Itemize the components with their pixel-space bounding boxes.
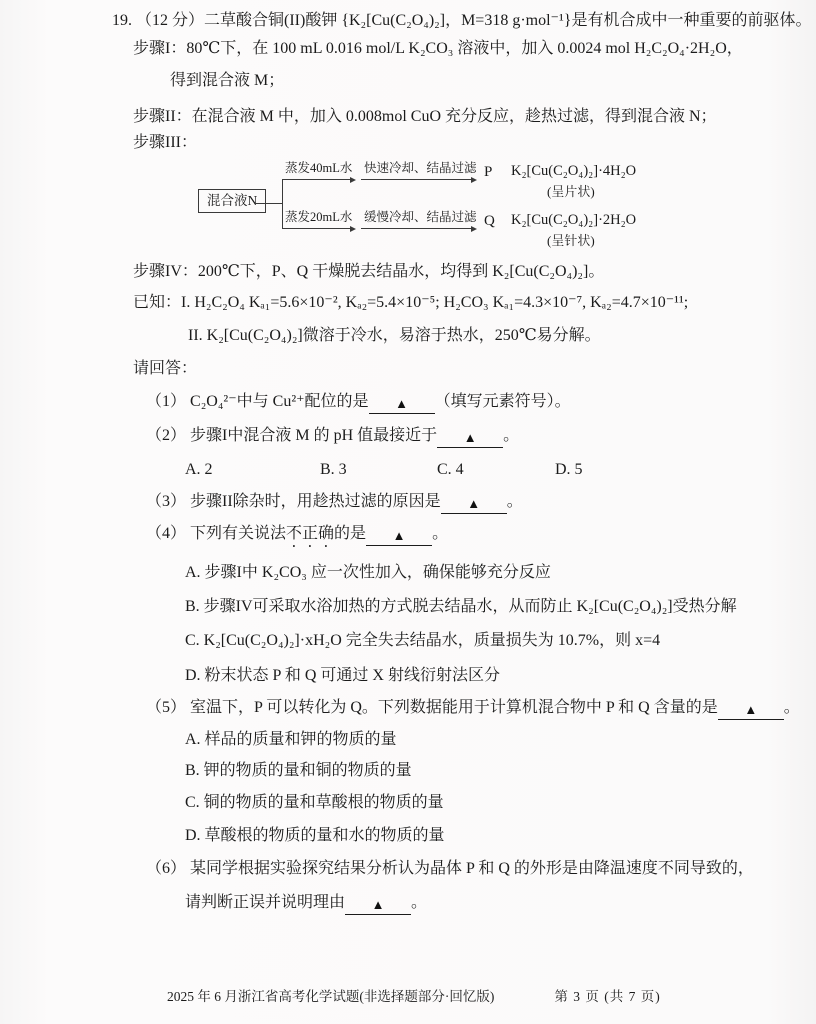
known-line-1: 已知：I. H₂C₂O₄ Kₐ₁=5.6×10⁻², Kₐ₂=5.4×10⁻⁵;… [133, 292, 816, 314]
subquestion-6: （6）某同学根据实验探究结果分析认为晶体 P 和 Q 的外形是由降温速度不同导致… [146, 858, 816, 880]
step3-line: 步骤III： [133, 132, 816, 154]
subquestion-2: （2）步骤I中混合液 M 的 pH 值最接近于▲。 [146, 425, 816, 448]
subq-text-post: 。 [432, 525, 448, 542]
option-text: A. 样品的质量和钾的物质的量 [185, 731, 397, 748]
option-item: C. 铜的物质的量和草酸根的物质的量 [185, 792, 816, 814]
subq-text-post: 。 [784, 699, 800, 716]
crystallize-arrow-label: 缓慢冷却、结晶过滤 [361, 209, 475, 229]
option-text: B. 步骤IV可采取水浴加热的方式脱去结晶水，从而防止 K₂[Cu(C₂O₄)₂… [185, 598, 737, 615]
option-item: D. 粉末状态 P 和 Q 可通过 X 射线衍射法区分 [185, 665, 816, 687]
subq-text: 步骤II除杂时，用趁热过滤的原因是 [190, 493, 441, 510]
subq-text-post: （填写元素符号）。 [435, 393, 571, 410]
option-text: C. 铜的物质的量和草酸根的物质的量 [185, 794, 444, 811]
step1-line: 步骤I：80℃下，在 100 mL 0.016 mol/L K₂CO₃ 溶液中，… [133, 38, 816, 60]
product-morphology: (呈片状) [547, 184, 595, 199]
option-text: D. 粉末状态 P 和 Q 可通过 X 射线衍射法区分 [185, 667, 500, 684]
step1-continuation: 得到混合液 M； [170, 70, 816, 92]
option-item: D. 5 [555, 461, 583, 478]
option-item: B. 3 [320, 459, 437, 481]
subq-number: （1） [146, 393, 186, 410]
answer-blank: ▲ [345, 896, 411, 915]
option-item: B. 钾的物质的量和铜的物质的量 [185, 760, 816, 782]
answer-prompt: 请回答： [133, 358, 816, 380]
flowchart-connector-line [255, 203, 282, 204]
option-item: A. 2 [185, 459, 320, 481]
subq-text: 某同学根据实验探究结果分析认为晶体 P 和 Q 的外形是由降温速度不同导致的， [190, 860, 754, 877]
page-footer: 2025 年 6 月浙江省高考化学试题(非选择题部分·回忆版) 第 3 页 (共… [167, 987, 816, 1007]
step1-text: 80℃下，在 100 mL 0.016 mol/L K₂CO₃ 溶液中，加入 0… [186, 40, 742, 57]
subq-text: 步骤I中混合液 M 的 pH 值最接近于 [190, 427, 437, 444]
flowchart-source-box: 混合液N [198, 189, 266, 213]
known-text-2: II. K₂[Cu(C₂O₄)₂]微溶于冷水，易溶于热水，250℃易分解。 [188, 327, 601, 344]
subq-text-post: 。 [507, 493, 523, 510]
question-heading: 19.（12 分）二草酸合铜(II)酸钾 {K₂[Cu(C₂O₄)₂]，M=31… [112, 10, 816, 32]
answer-blank: ▲ [437, 429, 503, 448]
subq-text: 请判断正误并说明理由 [185, 894, 345, 911]
answer-blank: ▲ [369, 395, 435, 414]
product-formula: K₂[Cu(C₂O₄)₂]·2H₂O [511, 212, 636, 228]
step2-line: 步骤II：在混合液 M 中，加入 0.008mol CuO 充分反应，趁热过滤，… [133, 106, 816, 128]
emphasized-text: 不正确 [286, 525, 334, 542]
subq-text-post: 。 [411, 894, 427, 911]
option-item: D. 草酸根的物质的量和水的物质的量 [185, 825, 816, 847]
footer-exam-title: 2025 年 6 月浙江省高考化学试题(非选择题部分·回忆版) [167, 987, 494, 1007]
step1-cont-text: 得到混合液 M； [170, 72, 284, 89]
known-text-1: 已知：I. H₂C₂O₄ Kₐ₁=5.6×10⁻², Kₐ₂=5.4×10⁻⁵;… [133, 294, 688, 311]
subq-text: C₂O₄²⁻中与 Cu²⁺配位的是 [190, 393, 369, 410]
option-item: A. 步骤I中 K₂CO₃ 应一次性加入，确保能够充分反应 [185, 562, 816, 584]
flowchart: 混合液N 蒸发40mL水 快速冷却、结晶过滤 P K₂[Cu(C₂O₄)₂]·4… [198, 156, 788, 252]
option-item: C. 4 [437, 459, 555, 481]
product-formula: K₂[Cu(C₂O₄)₂]·4H₂O [511, 163, 636, 179]
subq2-choices-row: A. 2B. 3C. 4D. 5 [185, 459, 816, 481]
subquestion-3: （3）步骤II除杂时，用趁热过滤的原因是▲。 [146, 491, 816, 514]
evaporate-arrow-label: 蒸发40mL水 [282, 160, 354, 180]
question-title: （12 分）二草酸合铜(II)酸钾 {K₂[Cu(C₂O₄)₂]，M=318 g… [136, 12, 811, 29]
subquestion-4: （4）下列有关说法不正确的是▲。 [146, 523, 816, 551]
step4-line: 步骤IV：200℃下，P、Q 干燥脱去结晶水，均得到 K₂[Cu(C₂O₄)₂]… [133, 261, 816, 283]
answer-prompt-text: 请回答： [133, 360, 197, 377]
evaporate-arrow-label: 蒸发20mL水 [282, 209, 354, 229]
crystallize-arrow-label: 快速冷却、结晶过滤 [361, 160, 475, 180]
option-text: A. 步骤I中 K₂CO₃ 应一次性加入，确保能够充分反应 [185, 564, 551, 581]
subq-text: 室温下，P 可以转化为 Q。下列数据能用于计算机混合物中 P 和 Q 含量的是 [190, 699, 718, 716]
step3-label: 步骤III： [133, 134, 197, 151]
subquestion-5: （5）室温下，P 可以转化为 Q。下列数据能用于计算机混合物中 P 和 Q 含量… [146, 697, 816, 720]
subq-number: （5） [146, 699, 186, 716]
subq-text-post: 。 [503, 427, 519, 444]
subq-text: 下列有关说法 [190, 525, 286, 542]
option-item: C. K₂[Cu(C₂O₄)₂]·xH₂O 完全失去结晶水，质量损失为 10.7… [185, 630, 816, 652]
subquestion-6-continuation: 请判断正误并说明理由▲。 [185, 892, 816, 915]
exam-page: 19.（12 分）二草酸合铜(II)酸钾 {K₂[Cu(C₂O₄)₂]，M=31… [0, 0, 816, 1024]
question-number: 19. [112, 12, 132, 29]
subq-text: 的是 [334, 525, 366, 542]
answer-blank: ▲ [718, 701, 784, 720]
subq-number: （2） [146, 427, 186, 444]
subquestion-1: （1）C₂O₄²⁻中与 Cu²⁺配位的是▲（填写元素符号）。 [146, 391, 816, 414]
answer-blank: ▲ [366, 527, 432, 546]
subq-number: （4） [146, 525, 186, 542]
step2-text: 步骤II：在混合液 M 中，加入 0.008mol CuO 充分反应，趁热过滤，… [133, 108, 717, 125]
option-item: A. 样品的质量和钾的物质的量 [185, 729, 816, 751]
step1-label: 步骤I： [133, 40, 186, 57]
subq-number: （3） [146, 493, 186, 510]
product-morphology: (呈针状) [547, 233, 595, 248]
product-letter: Q [484, 213, 495, 229]
option-item: B. 步骤IV可采取水浴加热的方式脱去结晶水，从而防止 K₂[Cu(C₂O₄)₂… [185, 596, 816, 618]
option-text: C. K₂[Cu(C₂O₄)₂]·xH₂O 完全失去结晶水，质量损失为 10.7… [185, 632, 660, 649]
product-letter: P [484, 164, 492, 180]
footer-page-number: 第 3 页 (共 7 页) [554, 987, 660, 1007]
step4-text: 步骤IV：200℃下，P、Q 干燥脱去结晶水，均得到 K₂[Cu(C₂O₄)₂]… [133, 263, 604, 280]
option-text: D. 草酸根的物质的量和水的物质的量 [185, 827, 445, 844]
answer-blank: ▲ [441, 495, 507, 514]
option-text: B. 钾的物质的量和铜的物质的量 [185, 762, 412, 779]
known-line-2: II. K₂[Cu(C₂O₄)₂]微溶于冷水，易溶于热水，250℃易分解。 [188, 325, 816, 347]
subq-number: （6） [146, 860, 186, 877]
